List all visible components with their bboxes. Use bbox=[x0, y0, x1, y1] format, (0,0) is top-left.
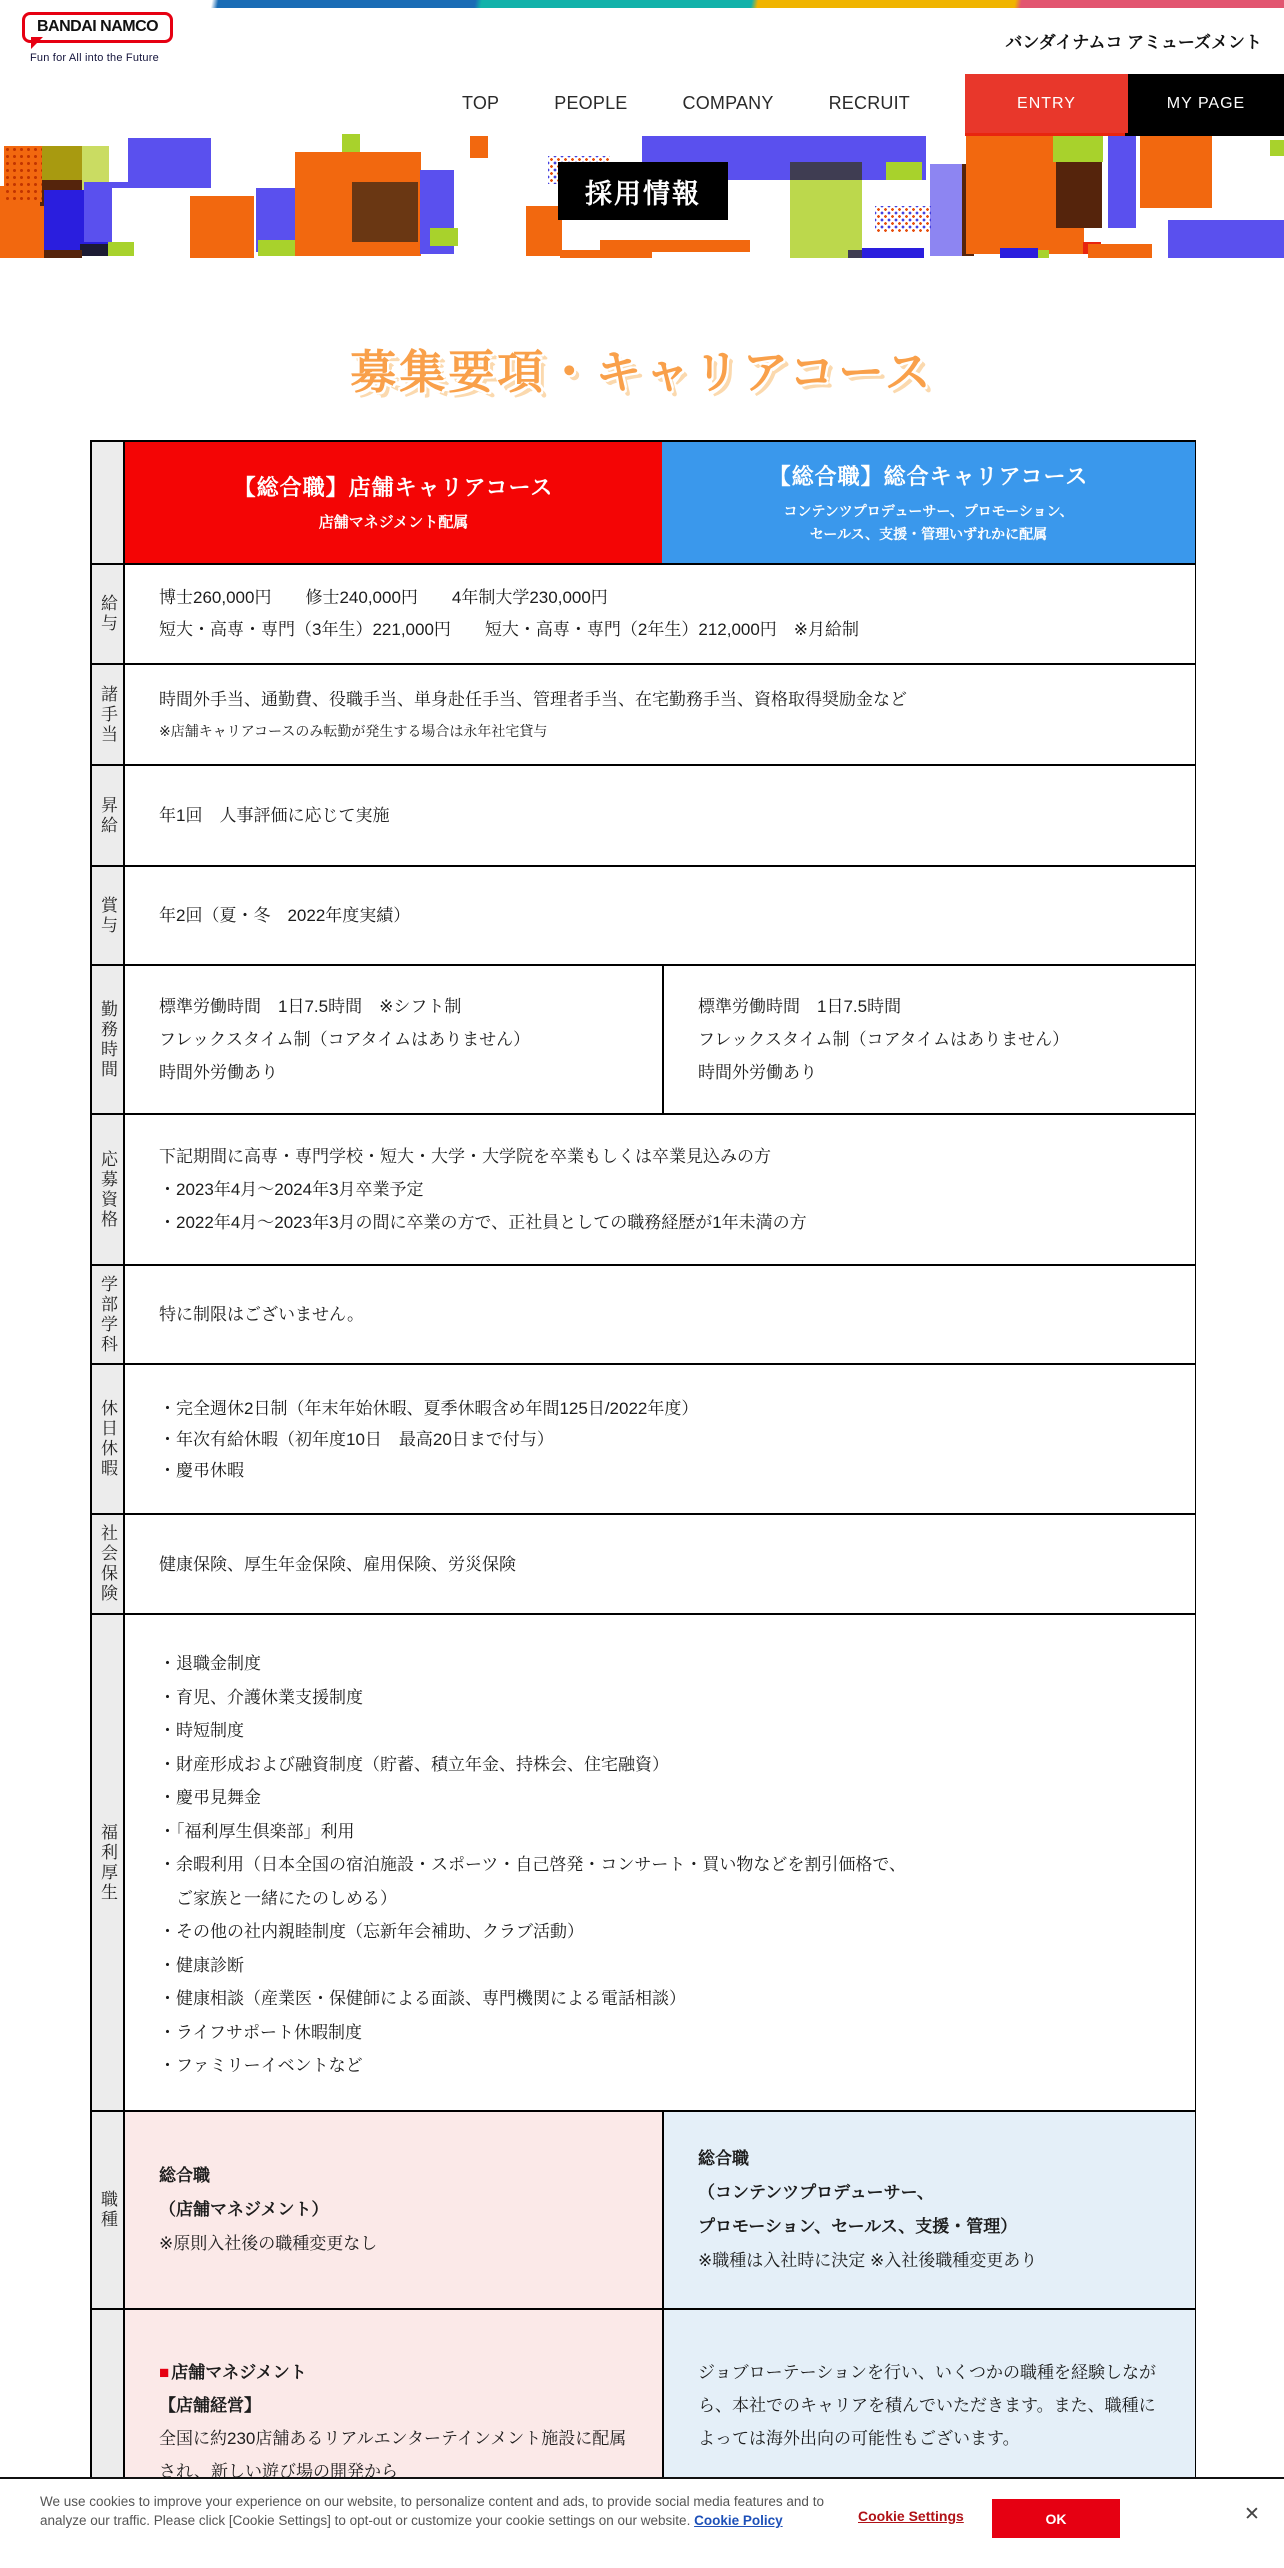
logo-tagline: Fun for All into the Future bbox=[30, 52, 173, 64]
mosaic-block bbox=[430, 228, 458, 246]
row-label-benefits: 福利厚生 bbox=[92, 1615, 125, 2110]
mosaic-block bbox=[44, 250, 82, 258]
cookie-ok-button[interactable]: OK bbox=[992, 2499, 1120, 2538]
benefits-row: 福利厚生 ・退職金制度 ・育児、介護休業支援制度 ・時短制度 ・財産形成および融… bbox=[92, 1615, 1195, 2112]
row-label-working-hours: 勤務時間 bbox=[92, 966, 125, 1113]
header-label-spacer bbox=[92, 442, 125, 563]
row-label-job-type: 職種 bbox=[92, 2112, 125, 2308]
mypage-button[interactable]: MY PAGE bbox=[1128, 74, 1284, 133]
allowances-note: ※店舗キャリアコースのみ転勤が発生する場合は永年社宅貸与 bbox=[159, 719, 1171, 743]
bonus-row: 賞与 年2回（夏・冬 2022年度実績） bbox=[92, 867, 1195, 966]
mosaic-block bbox=[790, 180, 862, 258]
column-header-store-course: 【総合職】店舗キャリアコース 店舗マネジメント配属 bbox=[125, 442, 662, 563]
mosaic-block bbox=[80, 244, 108, 256]
insurance-text: 健康保険、厚生年金保険、雇用保険、労災保険 bbox=[125, 1515, 1195, 1613]
holidays-text: ・完全週休2日制（年末年始休暇、夏季休暇含め年間125日/2022年度） ・年次… bbox=[125, 1365, 1195, 1513]
career-general-body: ジョブローテーションを行い、いくつかの職種を経験しながら、本社でのキャリアを積ん… bbox=[698, 2356, 1171, 2455]
nav-item-recruit[interactable]: RECRUIT bbox=[829, 93, 910, 114]
job-type-store-main: 総合職 （店舗マネジメント） bbox=[159, 2159, 638, 2227]
store-course-title: 【総合職】店舗キャリアコース bbox=[133, 471, 654, 502]
mosaic-block bbox=[848, 250, 862, 258]
mosaic-block bbox=[875, 206, 931, 232]
working-hours-row: 勤務時間 標準労働時間 1日7.5時間 ※シフト制 フレックスタイム制（コアタイ… bbox=[92, 966, 1195, 1115]
nav-item-people[interactable]: PEOPLE bbox=[554, 93, 627, 114]
faculty-text: 特に制限はございません。 bbox=[125, 1266, 1195, 1363]
cookie-close-icon[interactable]: ✕ bbox=[1244, 2503, 1260, 2526]
mosaic-block bbox=[1056, 162, 1102, 228]
cookie-settings-link[interactable]: Cookie Settings bbox=[858, 2508, 964, 2524]
top-color-stripe bbox=[0, 0, 1284, 8]
mosaic-block bbox=[1140, 136, 1212, 208]
row-label-salary: 給与 bbox=[92, 565, 125, 663]
general-course-title: 【総合職】総合キャリアコース bbox=[670, 460, 1187, 491]
row-label-bonus: 賞与 bbox=[92, 867, 125, 964]
raise-text: 年1回 人事評価に応じて実施 bbox=[125, 766, 1195, 865]
mosaic-block bbox=[862, 248, 924, 258]
mosaic-block bbox=[4, 146, 42, 202]
mosaic-block bbox=[526, 206, 562, 256]
insurance-row: 社会保険 健康保険、厚生年金保険、雇用保険、労災保険 bbox=[92, 1515, 1195, 1615]
eligibility-row: 応募資格 下記期間に高専・専門学校・短大・大学・大学院を卒業もしくは卒業見込みの… bbox=[92, 1115, 1195, 1266]
logo-bubble: BANDAI NAMCO bbox=[22, 12, 173, 43]
nav-item-top[interactable]: TOP bbox=[462, 93, 499, 114]
mosaic-block bbox=[108, 242, 134, 256]
job-type-general-note: ※職種は入社時に決定 ※入社後職種変更あり bbox=[698, 2244, 1171, 2278]
raise-row: 昇給 年1回 人事評価に応じて実施 bbox=[92, 766, 1195, 867]
holidays-row: 休日休暇 ・完全週休2日制（年末年始休暇、夏季休暇含め年間125日/2022年度… bbox=[92, 1365, 1195, 1515]
page: BANDAI NAMCO Fun for All into the Future… bbox=[0, 0, 1284, 2568]
brand-logo[interactable]: BANDAI NAMCO Fun for All into the Future bbox=[22, 12, 173, 64]
recruit-info-badge: 採用情報 bbox=[558, 162, 728, 220]
salary-text: 博士260,000円 修士240,000円 4年制大学230,000円 短大・高… bbox=[125, 565, 1195, 663]
salary-row: 給与 博士260,000円 修士240,000円 4年制大学230,000円 短… bbox=[92, 565, 1195, 665]
mosaic-block bbox=[470, 136, 488, 158]
job-type-row: 職種 総合職 （店舗マネジメント） ※原則入社後の職種変更なし 総合職 （コンテ… bbox=[92, 2112, 1195, 2310]
bonus-text: 年2回（夏・冬 2022年度実績） bbox=[125, 867, 1195, 964]
column-header-general-course: 【総合職】総合キャリアコース コンテンツプロデューサー、プロモーション、 セール… bbox=[662, 442, 1195, 563]
working-hours-store: 標準労働時間 1日7.5時間 ※シフト制 フレックスタイム制（コアタイムはありま… bbox=[125, 966, 662, 1113]
mosaic-block bbox=[1168, 220, 1284, 258]
mosaic-block bbox=[600, 240, 750, 252]
mosaic-block bbox=[190, 196, 254, 258]
mosaic-block bbox=[886, 162, 922, 180]
row-label-insurance: 社会保険 bbox=[92, 1515, 125, 1613]
row-label-faculty: 学部学科 bbox=[92, 1266, 125, 1363]
row-label-allowances: 諸手当 bbox=[92, 665, 125, 764]
red-square-bullet: ■ bbox=[159, 2363, 169, 2382]
cookie-policy-link[interactable]: Cookie Policy bbox=[694, 2513, 783, 2528]
nav-item-company[interactable]: COMPANY bbox=[683, 93, 774, 114]
mosaic-banner: 採用情報 bbox=[0, 126, 1284, 258]
allowances-text: 時間外手当、通勤費、役職手当、単身赴任手当、管理者手当、在宅勤務手当、資格取得奨… bbox=[159, 687, 1171, 713]
store-course-subtitle: 店舗マネジメント配属 bbox=[133, 511, 654, 534]
mosaic-block bbox=[1088, 244, 1152, 258]
career-store-sub: 【店舗経営】 bbox=[159, 2389, 638, 2422]
mosaic-block bbox=[1037, 250, 1049, 258]
row-label-holidays: 休日休暇 bbox=[92, 1365, 125, 1513]
career-store-heading: ■店舗マネジメント bbox=[159, 2356, 638, 2389]
general-course-subtitle: コンテンツプロデューサー、プロモーション、 セールス、支援・管理いずれかに配属 bbox=[670, 500, 1187, 546]
cookie-message: We use cookies to improve your experienc… bbox=[40, 2492, 840, 2530]
table-header-row: 【総合職】店舗キャリアコース 店舗マネジメント配属 【総合職】総合キャリアコース… bbox=[92, 442, 1195, 565]
eligibility-text: 下記期間に高専・専門学校・短大・大学・大学院を卒業もしくは卒業見込みの方 ・20… bbox=[125, 1115, 1195, 1264]
mosaic-block bbox=[790, 162, 862, 180]
mosaic-block bbox=[1270, 140, 1284, 156]
job-type-general: 総合職 （コンテンツプロデューサー、 プロモーション、セールス、支援・管理） ※… bbox=[662, 2112, 1195, 2308]
mosaic-block bbox=[342, 134, 360, 154]
main-nav: TOP PEOPLE COMPANY RECRUIT ENTRY MY PAGE bbox=[462, 74, 1284, 133]
allowances-row: 諸手当 時間外手当、通勤費、役職手当、単身赴任手当、管理者手当、在宅勤務手当、資… bbox=[92, 665, 1195, 766]
career-store-heading-text: 店舗マネジメント bbox=[171, 2363, 307, 2382]
working-hours-general: 標準労働時間 1日7.5時間 フレックスタイム制（コアタイムはありません） 時間… bbox=[662, 966, 1195, 1113]
entry-button[interactable]: ENTRY bbox=[965, 74, 1128, 133]
mosaic-block bbox=[930, 164, 962, 256]
row-label-raise: 昇給 bbox=[92, 766, 125, 865]
logo-text: BANDAI NAMCO bbox=[37, 18, 158, 35]
job-type-general-main: 総合職 （コンテンツプロデューサー、 プロモーション、セールス、支援・管理） bbox=[698, 2142, 1171, 2244]
mosaic-block bbox=[1108, 136, 1136, 228]
company-name: バンダイナムコ アミューズメント bbox=[1005, 28, 1262, 53]
requirements-table: 【総合職】店舗キャリアコース 店舗マネジメント配属 【総合職】総合キャリアコース… bbox=[90, 440, 1196, 2568]
mosaic-block bbox=[1000, 248, 1038, 258]
benefits-list: ・退職金制度 ・育児、介護休業支援制度 ・時短制度 ・財産形成および融資制度（貯… bbox=[125, 1615, 1195, 2110]
faculty-row: 学部学科 特に制限はございません。 bbox=[92, 1266, 1195, 1365]
job-type-store-note: ※原則入社後の職種変更なし bbox=[159, 2227, 638, 2261]
cookie-banner: We use cookies to improve your experienc… bbox=[0, 2477, 1284, 2568]
mosaic-block bbox=[352, 182, 418, 242]
mosaic-block bbox=[1053, 136, 1103, 162]
page-title: 募集要項・キャリアコース bbox=[0, 336, 1284, 402]
row-label-eligibility: 応募資格 bbox=[92, 1115, 125, 1264]
job-type-store: 総合職 （店舗マネジメント） ※原則入社後の職種変更なし bbox=[125, 2112, 662, 2308]
